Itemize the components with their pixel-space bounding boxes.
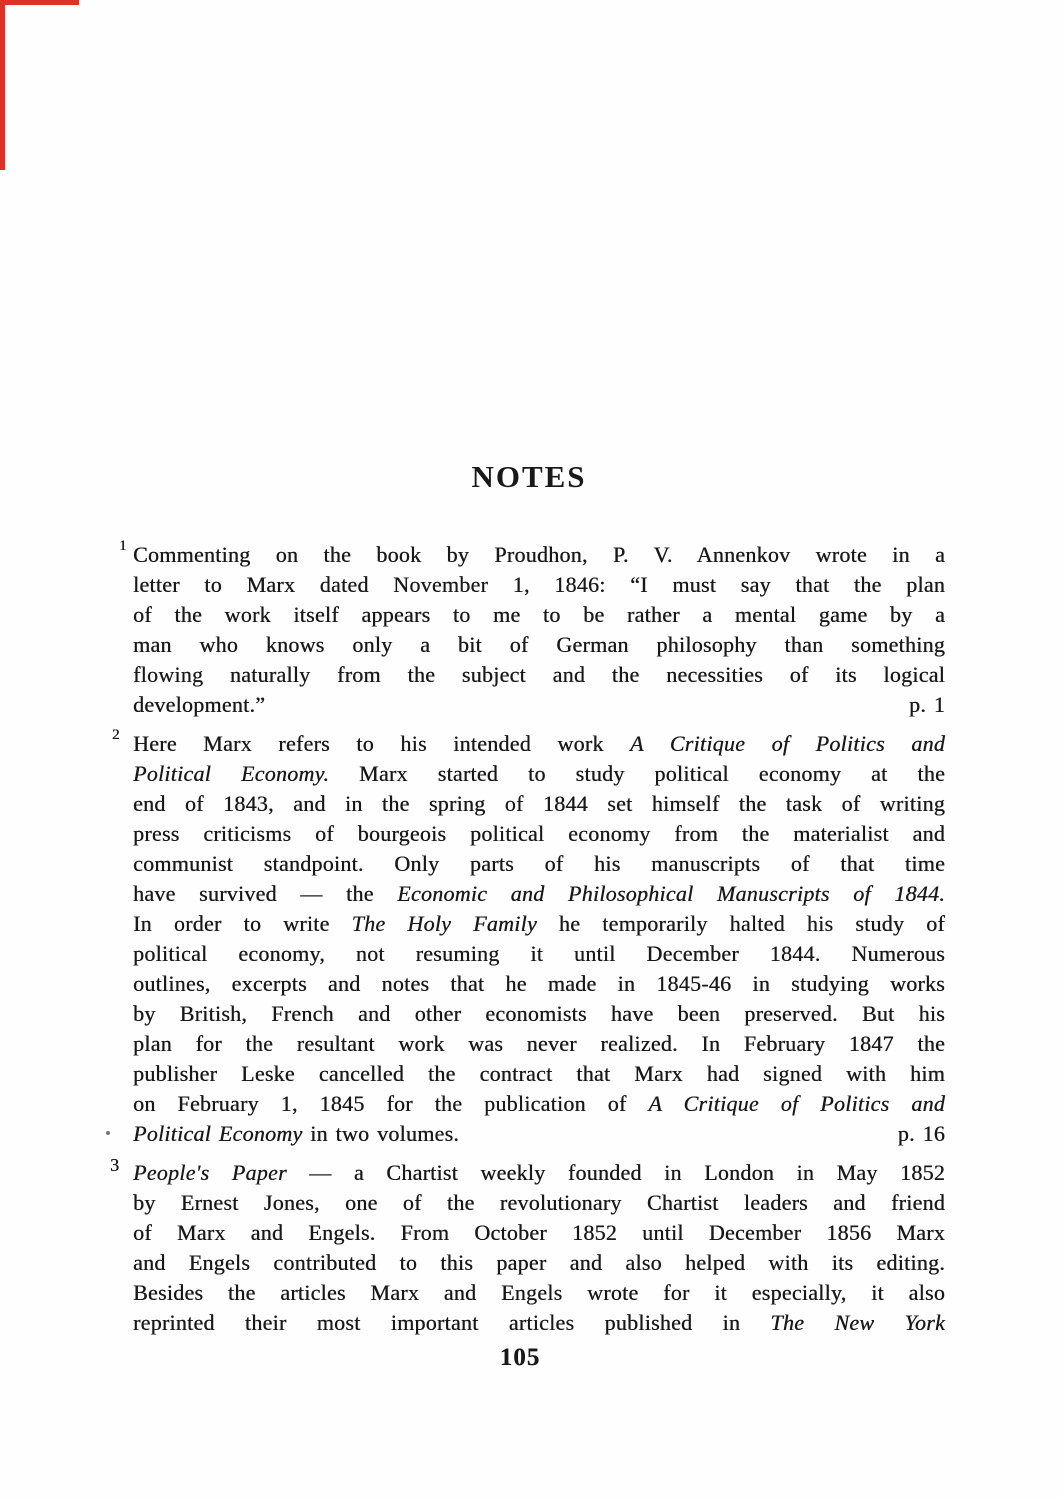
footnote: 3People's Paper — a Chartist weekly foun… bbox=[133, 1158, 945, 1338]
text-line: People's Paper — a Chartist weekly found… bbox=[133, 1158, 945, 1188]
footnote-marker: 2 bbox=[112, 728, 120, 743]
text-line: In order to write The Holy Family he tem… bbox=[133, 909, 945, 939]
text-line: development.”p. 1 bbox=[133, 690, 945, 720]
text-line-content: Political Economy in two volumes. bbox=[133, 1119, 459, 1149]
text-line: political economy, not resuming it until… bbox=[133, 939, 945, 969]
text-line: Political Economy. Marx started to study… bbox=[133, 759, 945, 789]
footnote-marker: 3 bbox=[110, 1156, 119, 1174]
text-line: flowing naturally from the subject and t… bbox=[133, 660, 945, 690]
text-line: Here Marx refers to his intended work A … bbox=[133, 729, 945, 759]
text-line: and Engels contributed to this paper and… bbox=[133, 1248, 945, 1278]
text-line: reprinted their most important articles … bbox=[133, 1308, 945, 1338]
notes-list: 1Commenting on the book by Proudhon, P. … bbox=[133, 540, 945, 1338]
page-reference: p. 1 bbox=[889, 690, 945, 720]
book-page: NOTES 1Commenting on the book by Proudho… bbox=[0, 0, 1062, 1500]
scan-edge-mark-top bbox=[0, 0, 79, 5]
page-reference: p. 16 bbox=[878, 1119, 945, 1149]
italic-text: The Holy Family bbox=[352, 911, 537, 936]
page-number: 105 bbox=[0, 1345, 1040, 1370]
text-line: by Ernest Jones, one of the revolutionar… bbox=[133, 1188, 945, 1218]
italic-text: Political Economy bbox=[133, 1121, 302, 1146]
text-line: have survived — the Economic and Philoso… bbox=[133, 879, 945, 909]
text-line: communist standpoint. Only parts of his … bbox=[133, 849, 945, 879]
text-line: publisher Leske cancelled the contract t… bbox=[133, 1059, 945, 1089]
text-line: of the work itself appears to me to be r… bbox=[133, 600, 945, 630]
text-line: Political Economy in two volumes.p. 16 bbox=[133, 1119, 945, 1149]
italic-text: A Critique of Politics and bbox=[648, 1091, 945, 1116]
footnote: 1Commenting on the book by Proudhon, P. … bbox=[133, 540, 945, 720]
italic-text: Economic and Philosophical Manuscripts o… bbox=[397, 881, 945, 906]
text-line: Commenting on the book by Proudhon, P. V… bbox=[133, 540, 945, 570]
text-line-content: development.” bbox=[133, 690, 265, 720]
italic-text: People's Paper bbox=[133, 1160, 287, 1185]
text-line: end of 1843, and in the spring of 1844 s… bbox=[133, 789, 945, 819]
page-title: NOTES bbox=[0, 461, 1058, 492]
italic-text: A Critique of Politics and bbox=[630, 731, 945, 756]
scan-edge-mark-left bbox=[0, 0, 5, 170]
text-line: press criticisms of bourgeois political … bbox=[133, 819, 945, 849]
text-line: by British, French and other economists … bbox=[133, 999, 945, 1029]
scan-speck bbox=[106, 1131, 110, 1135]
text-line: on February 1, 1845 for the publication … bbox=[133, 1089, 945, 1119]
text-line: plan for the resultant work was never re… bbox=[133, 1029, 945, 1059]
italic-text: Political Economy. bbox=[133, 761, 329, 786]
text-line: letter to Marx dated November 1, 1846: “… bbox=[133, 570, 945, 600]
footnote-marker: 1 bbox=[119, 539, 127, 554]
footnote: 2Here Marx refers to his intended work A… bbox=[133, 729, 945, 1149]
text-line: outlines, excerpts and notes that he mad… bbox=[133, 969, 945, 999]
text-line: Besides the articles Marx and Engels wro… bbox=[133, 1278, 945, 1308]
text-line: of Marx and Engels. From October 1852 un… bbox=[133, 1218, 945, 1248]
italic-text: The New York bbox=[770, 1310, 945, 1335]
text-line: man who knows only a bit of German philo… bbox=[133, 630, 945, 660]
